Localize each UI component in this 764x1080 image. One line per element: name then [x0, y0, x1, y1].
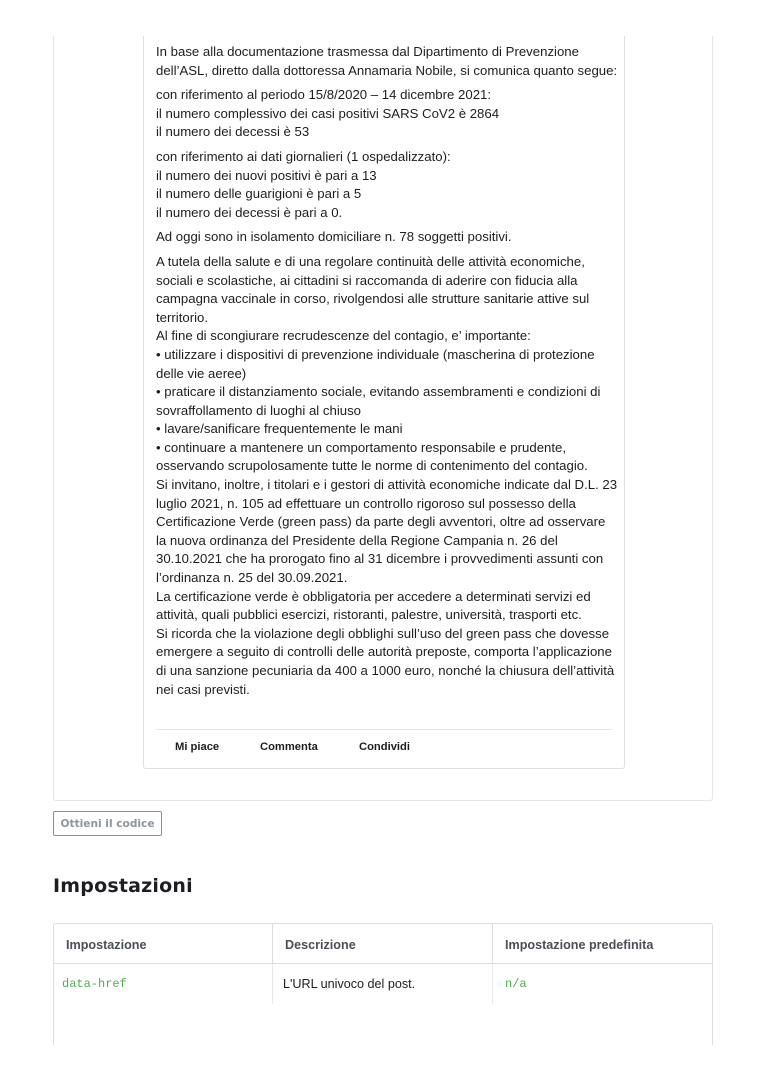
- post-line: il numero dei decessi è 53: [156, 123, 618, 142]
- post-line: Ad oggi sono in isolamento domiciliare n…: [156, 228, 618, 247]
- post-line: il numero dei nuovi positivi è pari a 13: [156, 167, 618, 186]
- actions-divider: [156, 729, 612, 730]
- embedded-post: In base alla documentazione trasmessa da…: [143, 36, 625, 769]
- column-header-default: Impostazione predefinita: [493, 924, 712, 963]
- post-actions: Mi piace Commenta Condividi: [175, 741, 410, 753]
- post-line: con riferimento al periodo 15/8/2020 – 1…: [156, 86, 618, 105]
- post-paragraph: A tutela della salute e di una regolare …: [156, 253, 618, 699]
- post-line: • lavare/sanificare frequentemente le ma…: [156, 420, 618, 439]
- like-button[interactable]: Mi piace: [175, 741, 260, 753]
- post-paragraph: con riferimento al periodo 15/8/2020 – 1…: [156, 86, 618, 142]
- comment-button[interactable]: Commenta: [260, 741, 359, 753]
- post-line: Al fine di scongiurare recrudescenze del…: [156, 327, 618, 346]
- setting-description: L'URL univoco del post.: [273, 964, 493, 1004]
- column-header-setting: Impostazione: [54, 924, 273, 963]
- post-line: il numero complessivo dei casi positivi …: [156, 105, 618, 124]
- post-line: • continuare a mantenere un comportament…: [156, 439, 618, 476]
- post-line: il numero delle guarigioni è pari a 5: [156, 185, 618, 204]
- column-header-description: Descrizione: [273, 924, 493, 963]
- post-line: il numero dei decessi è pari a 0.: [156, 204, 618, 223]
- post-line: Si invitano, inoltre, i titolari e i ges…: [156, 476, 618, 588]
- settings-table: Impostazione Descrizione Impostazione pr…: [53, 923, 713, 1045]
- settings-heading: Impostazioni: [53, 875, 193, 897]
- post-paragraph: con riferimento ai dati giornalieri (1 o…: [156, 148, 618, 222]
- post-line: In base alla documentazione trasmessa da…: [156, 43, 618, 80]
- post-line: A tutela della salute e di una regolare …: [156, 253, 618, 327]
- post-line: con riferimento ai dati giornalieri (1 o…: [156, 148, 618, 167]
- post-paragraph: Ad oggi sono in isolamento domiciliare n…: [156, 228, 618, 247]
- post-line: • utilizzare i dispositivi di prevenzion…: [156, 346, 618, 383]
- table-header-row: Impostazione Descrizione Impostazione pr…: [54, 924, 712, 964]
- share-button[interactable]: Condividi: [359, 741, 410, 753]
- post-text: In base alla documentazione trasmessa da…: [156, 43, 618, 705]
- table-row: data-href L'URL univoco del post. n/a: [54, 964, 712, 1004]
- post-line: La certificazione verde è obbligatoria p…: [156, 588, 618, 625]
- post-line: Si ricorda che la violazione degli obbli…: [156, 625, 618, 699]
- post-paragraph: In base alla documentazione trasmessa da…: [156, 43, 618, 80]
- setting-name: data-href: [54, 964, 273, 1004]
- post-line: • praticare il distanziamento sociale, e…: [156, 383, 618, 420]
- get-code-button[interactable]: Ottieni il codice: [53, 811, 162, 836]
- setting-default: n/a: [493, 964, 712, 1004]
